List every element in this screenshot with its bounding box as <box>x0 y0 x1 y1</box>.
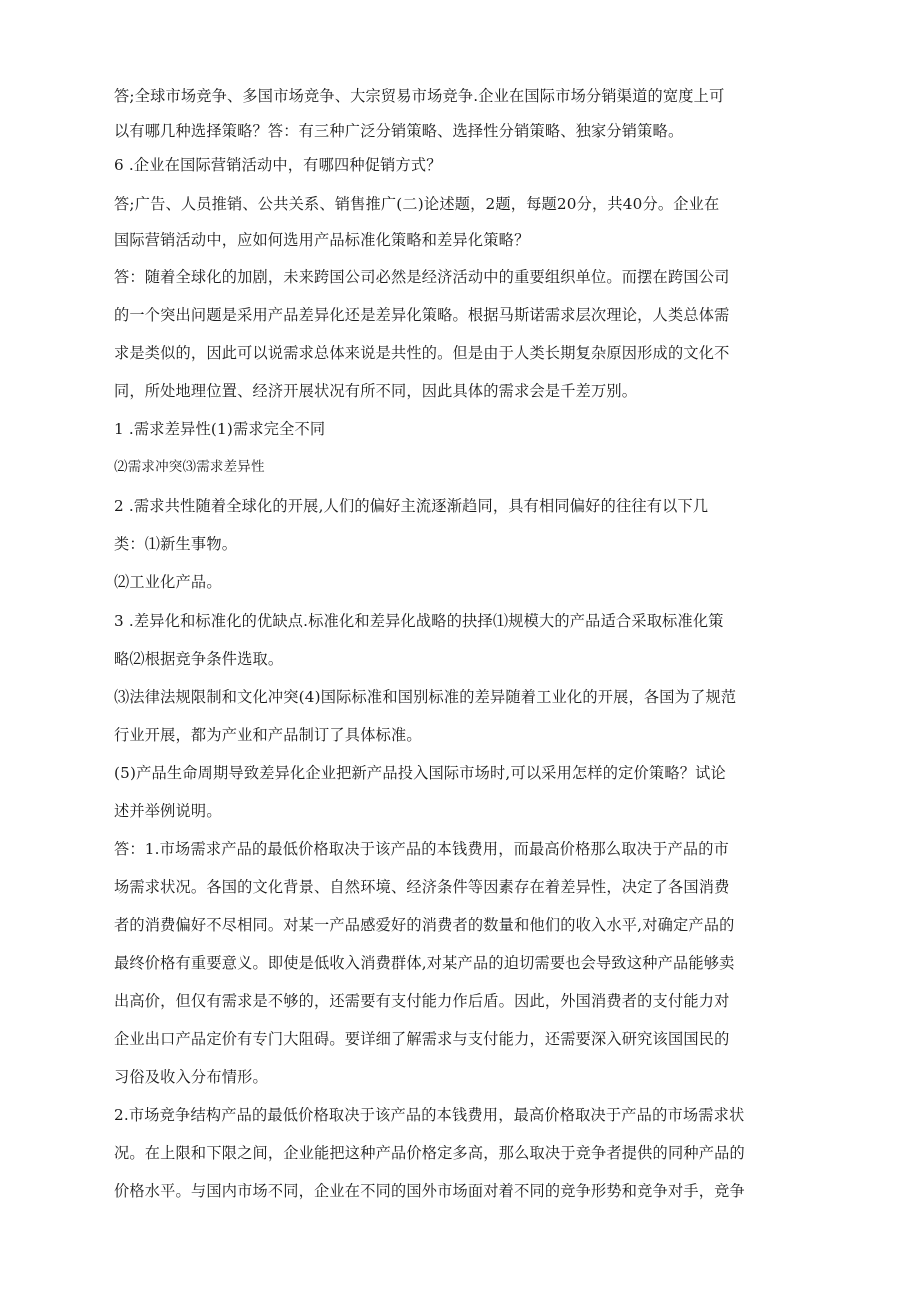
text-line: 3 .差异化和标准化的优缺点.标准化和差异化战略的抉择⑴规模大的产品适合采取标准… <box>114 611 724 631</box>
text-line: 答：1.市场需求产品的最低价格取决于该产品的本钱费用，而最高价格那么取决于产品的… <box>114 839 729 859</box>
text-line: 述并举例说明。 <box>114 801 222 821</box>
text-line: 企业出口产品定价有专门大阻碍。要详细了解需求与支付能力，还需要深入研究该国国民的 <box>114 1029 730 1049</box>
text-line: 同，所处地理位置、经济开展状况有所不同，因此具体的需求会是千差万别。 <box>114 381 637 401</box>
text-line: 者的消费偏好不尽相同。对某一产品感爱好的消费者的数量和他们的收入水平,对确定产品… <box>114 915 735 935</box>
text-line: 出高价，但仅有需求是不够的，还需要有支付能力作后盾。因此，外国消费者的支付能力对 <box>114 991 730 1011</box>
text-line: 场需求状况。各国的文化背景、自然环境、经济条件等因素存在着差异性，决定了各国消费 <box>114 877 730 897</box>
text-line: (5)产品生命周期导致差异化企业把新产品投入国际市场时,可以采用怎样的定价策略？… <box>114 763 726 783</box>
text-line: 2 .需求共性随着全球化的开展,人们的偏好主流逐渐趋同，具有相同偏好的往往有以下… <box>114 496 708 516</box>
text-line: 行业开展，都为产业和产品制订了具体标准。 <box>114 725 422 745</box>
text-line: 最终价格有重要意义。即使是低收入消费群体,对某产品的迫切需要也会导致这种产品能够… <box>114 953 735 973</box>
text-line: 2.市场竞争结构产品的最低价格取决于该产品的本钱费用，最高价格取决于产品的市场需… <box>114 1105 744 1125</box>
text-line: 况。在上限和下限之间，企业能把这种产品价格定多高，那么取决于竞争者提供的同种产品… <box>114 1143 745 1163</box>
text-line: ⑶法律法规限制和文化冲突(4)国际标准和国别标准的差异随着工业化的开展，各国为了… <box>114 687 736 707</box>
text-line: 国际营销活动中，应如何选用产品标准化策略和差异化策略？ <box>114 230 529 250</box>
text-line: ⑵工业化产品。 <box>114 572 222 592</box>
text-line: 价格水平。与国内市场不同，企业在不同的国外市场面对着不同的竞争形势和竞争对手，竞… <box>114 1181 745 1201</box>
text-line: 6 .企业在国际营销活动中，有哪四种促销方式？ <box>114 155 442 175</box>
text-line: 答;全球市场竞争、多国市场竞争、大宗贸易市场竞争.企业在国际市场分销渠道的宽度上… <box>114 86 724 106</box>
text-line: 1 .需求差异性(1)需求完全不同 <box>114 419 325 439</box>
text-line: 求是类似的，因此可以说需求总体来说是共性的。但是由于人类长期复杂原因形成的文化不 <box>114 343 730 363</box>
text-line: 的一个突出问题是采用产品差异化还是差异化策略。根据马斯诺需求层次理论，人类总体需 <box>114 305 730 325</box>
text-line: ⑵需求冲突⑶需求差异性 <box>114 457 265 477</box>
text-line: 略⑵根据竞争条件选取。 <box>114 649 283 669</box>
text-line: 习俗及收入分布情形。 <box>114 1067 268 1087</box>
text-line: 答：随着全球化的加剧，未来跨国公司必然是经济活动中的重要组织单位。而摆在跨国公司 <box>114 267 730 287</box>
text-line: 答;广告、人员推销、公共关系、销售推广(二)论述题，2题，每题20分，共40分。… <box>114 194 719 214</box>
text-line: 以有哪几种选择策略？答：有三种广泛分销策略、选择性分销策略、独家分销策略。 <box>114 121 683 141</box>
text-line: 类：⑴新生事物。 <box>114 534 237 554</box>
